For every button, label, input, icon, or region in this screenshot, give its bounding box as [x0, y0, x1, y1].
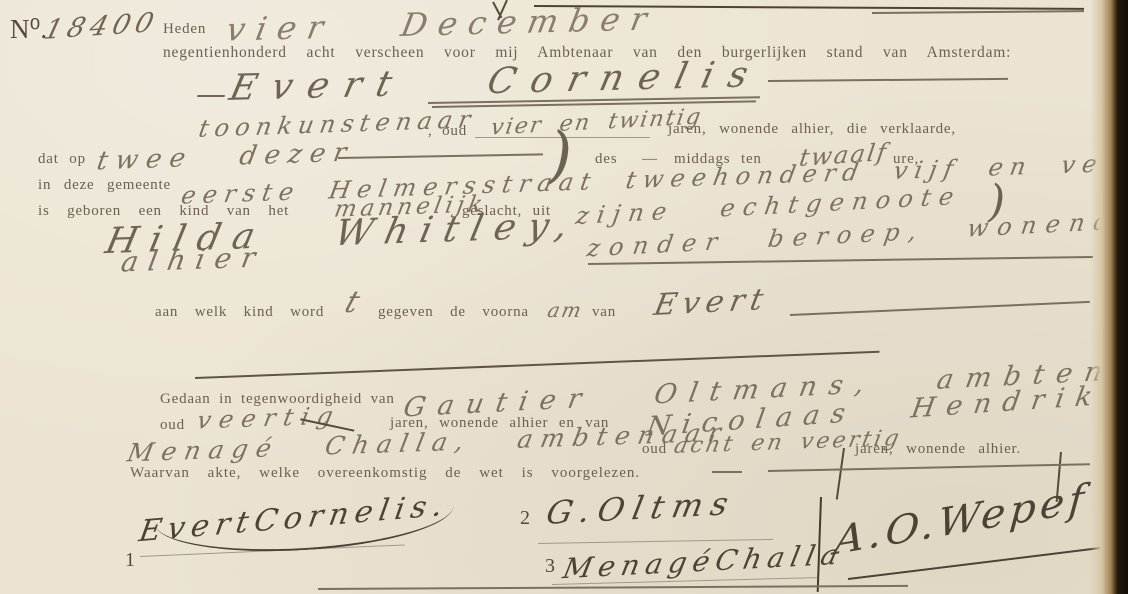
date-handwritten: vier December [224, 2, 660, 45]
date-rule [872, 10, 1084, 13]
day-blank-rule [338, 153, 543, 158]
bottom-rule [318, 585, 908, 590]
child-name: Evert [651, 285, 771, 321]
heden-label: Heden [163, 22, 206, 37]
naming-part3: van [592, 305, 616, 320]
birth-certificate-scan: N⁰. 18400 Heden vier December negentienh… [0, 0, 1128, 594]
waarvan-label: Waarvan akte, welke overeenkomstig de we… [130, 466, 640, 481]
record-number-value: 18400 [41, 9, 161, 44]
signature1-index: 1 [125, 550, 136, 570]
witness-end-label: jaren, wonende alhier. [855, 442, 1021, 457]
des-label: des [595, 152, 617, 167]
witness2-oud-label: oud [642, 442, 667, 457]
gemeente-label: in deze gemeente [38, 178, 171, 193]
birth-day: twee dezer [95, 140, 357, 175]
closing-long-rule [768, 463, 1090, 471]
signature2: G.Oltms [544, 487, 739, 529]
closing-dash-rule [712, 471, 742, 473]
witness1-age: veertig [195, 404, 343, 433]
declarant-rest: jaren, wonende alhier, die verklaarde, [668, 122, 956, 137]
pen-stroke [836, 448, 845, 500]
naming-hw-t: t [341, 288, 363, 318]
mother-residence: alhier [119, 244, 268, 277]
naming-hw-am: am [546, 300, 585, 320]
name-blank-rule [768, 78, 1008, 82]
dat-op-label: dat op [38, 152, 86, 167]
name-dash: — [196, 80, 226, 110]
oud-label: , oud [428, 124, 467, 139]
book-binding-edge [1090, 0, 1128, 594]
witness1-oud-label: oud [160, 418, 185, 433]
naming-part1: aan welk kind word [155, 305, 324, 320]
naming-part2: gegeven de voorna [378, 305, 529, 320]
registrar-signature: A.O.Wepef [833, 479, 1089, 561]
signature3-index: 3 [545, 556, 556, 576]
declarant-name: Evert Cornelis [226, 57, 766, 107]
child-name-rule [790, 301, 1090, 316]
signature2-index: 2 [520, 508, 531, 528]
